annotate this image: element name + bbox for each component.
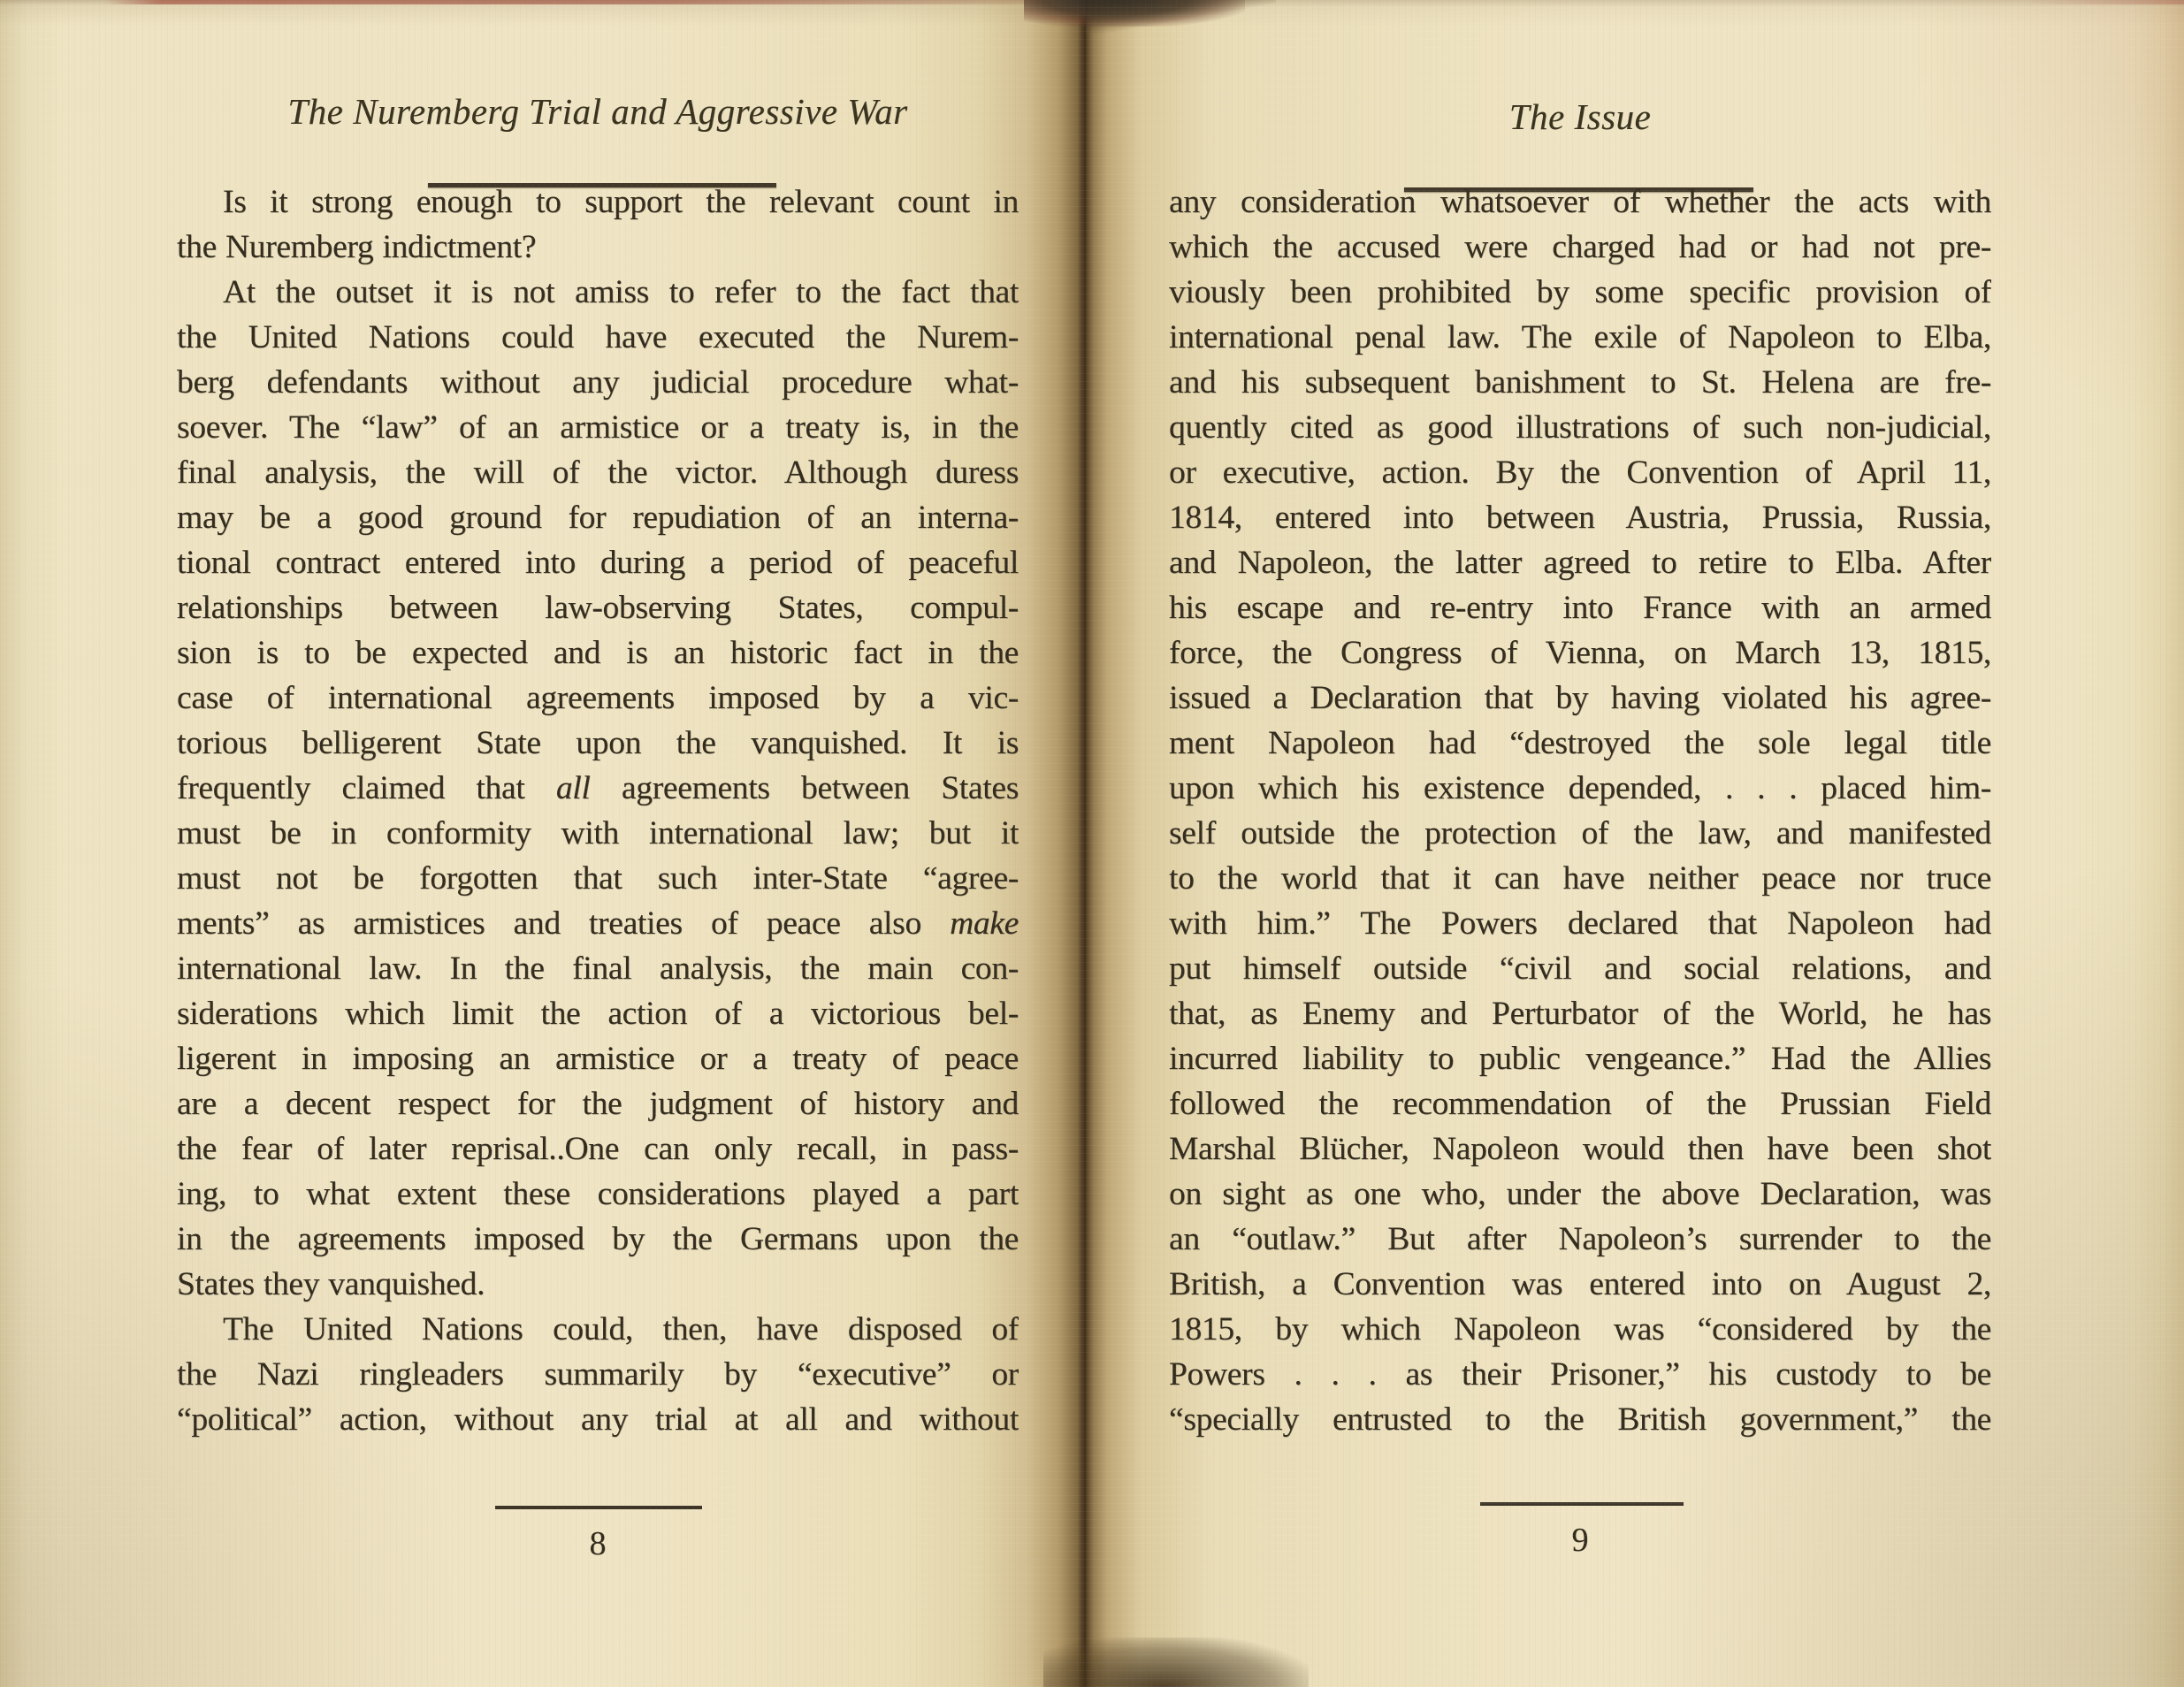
text-line: States they vanquished. <box>177 1262 1019 1307</box>
text-line: ment Napoleon had “destroyed the sole le… <box>1169 721 1991 766</box>
text-line: Marshal Blücher, Napoleon would then hav… <box>1169 1126 1991 1172</box>
text-line: force, the Congress of Vienna, on March … <box>1169 630 1991 676</box>
text-line: incurred liability to public vengeance.”… <box>1169 1036 1991 1081</box>
text-line: case of international agreements imposed… <box>177 676 1019 721</box>
book-gutter <box>1078 0 1094 1687</box>
text-line: Powers . . . as their Prisoner,” his cus… <box>1169 1352 1991 1397</box>
right-page-text: any consideration whatsoever of whether … <box>1169 179 1991 1442</box>
text-line: issued a Declaration that by having viol… <box>1169 676 1991 721</box>
text-line: viously been prohibited by some specific… <box>1169 270 1991 315</box>
text-line: or executive, action. By the Convention … <box>1169 450 1991 495</box>
text-line: must not be forgotten that such inter-St… <box>177 856 1019 901</box>
open-book-spread: The Nuremberg Trial and Aggressive War T… <box>0 0 2184 1687</box>
text-line: and Napoleon, the latter agreed to retir… <box>1169 540 1991 585</box>
text-line: frequently claimed that all agreements b… <box>177 766 1019 811</box>
text-line: that, as Enemy and Perturbator of the Wo… <box>1169 991 1991 1036</box>
text-line: berg defendants without any judicial pro… <box>177 360 1019 405</box>
text-line: 1815, by which Napoleon was “considered … <box>1169 1307 1991 1352</box>
text-line: the Nazi ringleaders summarily by “execu… <box>177 1352 1019 1397</box>
text-line: self outside the protection of the law, … <box>1169 811 1991 856</box>
text-line: “political” action, without any trial at… <box>177 1397 1019 1442</box>
text-line: ments” as armistices and treaties of pea… <box>177 901 1019 946</box>
text-line: any consideration whatsoever of whether … <box>1169 179 1991 225</box>
text-line: may be a good ground for repudiation of … <box>177 495 1019 540</box>
text-line: “specially entrusted to the British gove… <box>1169 1397 1991 1442</box>
text-line: put himself outside “civil and social re… <box>1169 946 1991 991</box>
right-page-top-edge-stain <box>2025 0 2184 4</box>
text-line: must be in conformity with international… <box>177 811 1019 856</box>
text-line: ing, to what extent these considerations… <box>177 1172 1019 1217</box>
left-footer-rule <box>495 1506 702 1509</box>
left-page-text: Is it strong enough to support the relev… <box>177 179 1019 1442</box>
text-line: which the accused were charged had or ha… <box>1169 225 1991 270</box>
text-line: with him.” The Powers declared that Napo… <box>1169 901 1991 946</box>
text-line: in the agreements imposed by the Germans… <box>177 1217 1019 1262</box>
text-line: are a decent respect for the judgment of… <box>177 1081 1019 1126</box>
right-footer-rule <box>1480 1502 1684 1506</box>
text-line: relationships between law-observing Stat… <box>177 585 1019 630</box>
left-page-number: 8 <box>177 1524 1019 1563</box>
text-line: final analysis, the will of the victor. … <box>177 450 1019 495</box>
right-page-top-curl-shadow <box>1086 0 1276 34</box>
text-line: British, a Convention was entered into o… <box>1169 1262 1991 1307</box>
text-line: an “outlaw.” But after Napoleon’s surren… <box>1169 1217 1991 1262</box>
text-line: to the world that it can have neither pe… <box>1169 856 1991 901</box>
text-line: on sight as one who, under the above Dec… <box>1169 1172 1991 1217</box>
text-line: his escape and re-entry into France with… <box>1169 585 1991 630</box>
text-line: the Nuremberg indictment? <box>177 225 1019 270</box>
text-line: international law. In the final analysis… <box>177 946 1019 991</box>
text-line: The United Nations could, then, have dis… <box>177 1307 1019 1352</box>
text-line: upon which his existence depended, . . .… <box>1169 766 1991 811</box>
text-line: sion is to be expected and is an histori… <box>177 630 1019 676</box>
text-line: soever. The “law” of an armistice or a t… <box>177 405 1019 450</box>
text-line: torious belligerent State upon the vanqu… <box>177 721 1019 766</box>
right-running-head: The Issue <box>1169 95 1991 138</box>
text-line: the fear of later reprisal..One can only… <box>177 1126 1019 1172</box>
right-page-number: 9 <box>1169 1521 1991 1560</box>
text-line: followed the recommendation of the Pruss… <box>1169 1081 1991 1126</box>
left-page-top-edge-stain <box>104 0 1042 4</box>
text-line: Is it strong enough to support the relev… <box>177 179 1019 225</box>
text-line: ligerent in imposing an armistice or a t… <box>177 1036 1019 1081</box>
text-line: the United Nations could have executed t… <box>177 315 1019 360</box>
text-line: quently cited as good illustrations of s… <box>1169 405 1991 450</box>
text-line: tional contract entered into during a pe… <box>177 540 1019 585</box>
text-line: At the outset it is not amiss to refer t… <box>177 270 1019 315</box>
text-line: siderations which limit the action of a … <box>177 991 1019 1036</box>
text-line: and his subsequent banishment to St. Hel… <box>1169 360 1991 405</box>
text-line: 1814, entered into between Austria, Prus… <box>1169 495 1991 540</box>
left-running-head: The Nuremberg Trial and Aggressive War <box>177 90 1019 133</box>
text-line: international penal law. The exile of Na… <box>1169 315 1991 360</box>
binding-bottom-shadow <box>1043 1637 1309 1687</box>
